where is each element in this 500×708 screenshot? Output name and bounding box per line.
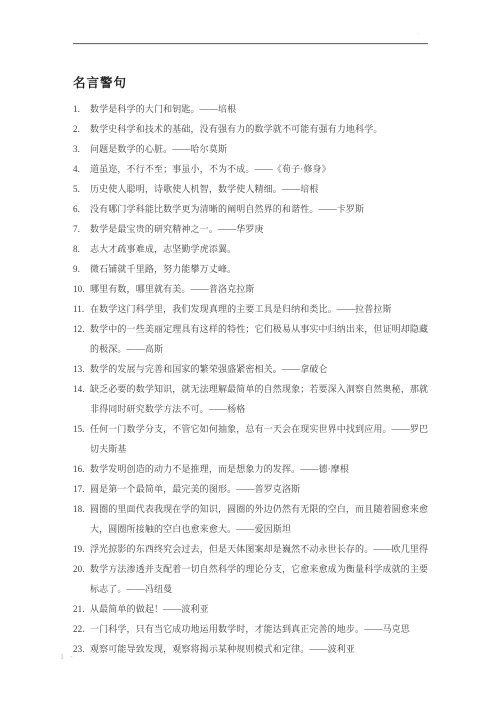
quote-item: 3.问题是数学的心脏。——哈尔莫斯	[73, 139, 430, 159]
quote-text: 历史使人聪明，诗歌使人机智，数学使人精细。——培根	[90, 179, 430, 199]
header-mark: ·	[417, 30, 419, 38]
quote-item: 18.圆圈的里面代表我现在学的知识，圆圈的外边仍然有无限的空白，而且随着圆愈来愈…	[73, 499, 430, 539]
quote-number: 22.	[73, 619, 90, 639]
quote-text: 在数学这门科学里，我们发现真理的主要工具是归纳和类比。——拉普拉斯	[90, 299, 430, 319]
quote-number: 2.	[73, 119, 90, 139]
quote-text: 一门科学，只有当它成功地运用数学时，才能达到真正完善的地步。——马克思	[90, 619, 430, 639]
quote-item: 23.观察可能导致发现，观察将揭示某种规则模式和定律。——波利亚	[73, 639, 430, 659]
quote-text: 从最简单的做起！——波利亚	[90, 599, 430, 619]
quote-text: 数学史科学和技术的基础，没有强有力的数学就不可能有强有力地科学。	[90, 119, 430, 139]
quote-text: 微石铺就千里路，努力能攀万丈峰。	[90, 259, 430, 279]
quote-number: 23.	[73, 639, 90, 659]
quote-text: 数学发明创造的动力不是推理，而是想象力的发挥。——德·摩根	[90, 459, 430, 479]
quote-item: 8.志大才疏事难成，志坚勤学虎添翼。	[73, 239, 430, 259]
quote-number: 8.	[73, 239, 90, 259]
document-page: · 名言警句 1.数学是科学的大门和钥匙。——培根2.数学史科学和技术的基础，没…	[0, 0, 500, 708]
quote-text: 缺乏必要的数学知识，就无法理解最简单的自然现象；若要深入洞察自然奥秘，那就非得同…	[90, 379, 430, 419]
quote-number: 16.	[73, 459, 90, 479]
quote-item: 14.缺乏必要的数学知识，就无法理解最简单的自然现象；若要深入洞察自然奥秘，那就…	[73, 379, 430, 419]
quote-text: 数学方法渗透并支配着一切自然科学的理论分支，它愈来愈成为衡量科学成就的主要标志了…	[90, 559, 430, 599]
quote-text: 浮光掠影的东西终究会过去，但是天体图案却是巍然不动永世长存的。——欧几里得	[90, 539, 430, 559]
quote-number: 10.	[73, 279, 90, 299]
quote-list: 1.数学是科学的大门和钥匙。——培根2.数学史科学和技术的基础，没有强有力的数学…	[73, 99, 430, 659]
quote-text: 观察可能导致发现，观察将揭示某种规则模式和定律。——波利亚	[90, 639, 430, 659]
quote-text: 志大才疏事难成，志坚勤学虎添翼。	[90, 239, 430, 259]
quote-item: 4.道虽迩，不行不至；事虽小，不为不成。——《荀子·修身》	[73, 159, 430, 179]
quote-text: 没有哪门学科能比数学更为清晰的阐明自然界的和谐性。——卡罗斯	[90, 199, 430, 219]
quote-item: 21.从最简单的做起！——波利亚	[73, 599, 430, 619]
quote-item: 5.历史使人聪明，诗歌使人机智，数学使人精细。——培根	[73, 179, 430, 199]
quote-number: 6.	[73, 199, 90, 219]
quote-number: 7.	[73, 219, 90, 239]
header-rule	[73, 43, 428, 44]
quote-number: 18.	[73, 499, 90, 519]
quote-item: 2.数学史科学和技术的基础，没有强有力的数学就不可能有强有力地科学。	[73, 119, 430, 139]
quote-item: 7.数学是最宝贵的研究精神之一。——华罗庚	[73, 219, 430, 239]
quote-number: 12.	[73, 319, 90, 339]
quote-text: 道虽迩，不行不至；事虽小，不为不成。——《荀子·修身》	[90, 159, 430, 179]
quote-item: 22.一门科学，只有当它成功地运用数学时，才能达到真正完善的地步。——马克思	[73, 619, 430, 639]
quote-text: 哪里有数，哪里就有美。——普洛克拉斯	[90, 279, 430, 299]
quote-text: 圆是第一个最简单，最完美的图形。——普罗克洛斯	[90, 479, 430, 499]
quote-number: 1.	[73, 99, 90, 119]
quote-text: 数学的发展与完善和国家的繁荣强盛紧密相关。——拿破仑	[90, 359, 430, 379]
quote-item: 19.浮光掠影的东西终究会过去，但是天体图案却是巍然不动永世长存的。——欧几里得	[73, 539, 430, 559]
quote-number: 15.	[73, 419, 90, 439]
quote-number: 4.	[73, 159, 90, 179]
quote-text: 任何一门数学分支，不管它如何抽象，总有一天会在现实世界中找到应用。——罗巴切夫斯…	[90, 419, 430, 459]
quote-item: 13.数学的发展与完善和国家的繁荣强盛紧密相关。——拿破仑	[73, 359, 430, 379]
quote-item: 15.任何一门数学分支，不管它如何抽象，总有一天会在现实世界中找到应用。——罗巴…	[73, 419, 430, 459]
page-number-mark: 1 -	[60, 652, 75, 661]
quote-item: 12.数学中的一些美丽定理具有这样的特性；它们极易从事实中归纳出来，但证明却隐藏…	[73, 319, 430, 359]
quote-number: 13.	[73, 359, 90, 379]
quote-item: 1.数学是科学的大门和钥匙。——培根	[73, 99, 430, 119]
quote-text: 数学是科学的大门和钥匙。——培根	[90, 99, 430, 119]
quote-text: 问题是数学的心脏。——哈尔莫斯	[90, 139, 430, 159]
quote-item: 16.数学发明创造的动力不是推理，而是想象力的发挥。——德·摩根	[73, 459, 430, 479]
quote-text: 数学是最宝贵的研究精神之一。——华罗庚	[90, 219, 430, 239]
quote-number: 20.	[73, 559, 90, 579]
quote-number: 17.	[73, 479, 90, 499]
quote-number: 3.	[73, 139, 90, 159]
quote-item: 9.微石铺就千里路，努力能攀万丈峰。	[73, 259, 430, 279]
quote-item: 17.圆是第一个最简单，最完美的图形。——普罗克洛斯	[73, 479, 430, 499]
quote-text: 圆圈的里面代表我现在学的知识，圆圈的外边仍然有无限的空白，而且随着圆愈来愈大，圆…	[90, 499, 430, 539]
quote-item: 11.在数学这门科学里，我们发现真理的主要工具是归纳和类比。——拉普拉斯	[73, 299, 430, 319]
quote-number: 9.	[73, 259, 90, 279]
quote-number: 5.	[73, 179, 90, 199]
quote-item: 20.数学方法渗透并支配着一切自然科学的理论分支，它愈来愈成为衡量科学成就的主要…	[73, 559, 430, 599]
quote-text: 数学中的一些美丽定理具有这样的特性；它们极易从事实中归纳出来，但证明却隐藏的极深…	[90, 319, 430, 359]
quote-item: 6.没有哪门学科能比数学更为清晰的阐明自然界的和谐性。——卡罗斯	[73, 199, 430, 219]
quote-number: 11.	[73, 299, 90, 319]
quote-number: 14.	[73, 379, 90, 399]
quote-number: 19.	[73, 539, 90, 559]
quote-item: 10.哪里有数，哪里就有美。——普洛克拉斯	[73, 279, 430, 299]
page-title: 名言警句	[73, 73, 127, 91]
quote-number: 21.	[73, 599, 90, 619]
